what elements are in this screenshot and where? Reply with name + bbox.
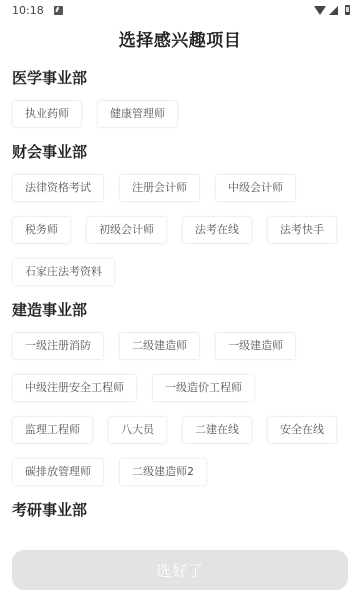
signal-icon [329, 6, 338, 15]
page-title: 选择感兴趣项目 [119, 26, 242, 51]
section: 考研事业部 [12, 499, 348, 521]
status-time: 10:18 [12, 4, 44, 17]
interest-chip[interactable]: 安全在线 [267, 416, 337, 444]
interest-chip[interactable]: 石家庄法考资料 [12, 258, 115, 286]
chip-group: 执业药师健康管理师 [12, 100, 348, 128]
notification-icon [54, 6, 63, 15]
interest-chip[interactable]: 八大员 [108, 416, 167, 444]
interest-chip[interactable]: 监理工程师 [12, 416, 93, 444]
interest-chip[interactable]: 执业药师 [12, 100, 82, 128]
interest-chip[interactable]: 税务师 [12, 216, 71, 244]
interest-chip[interactable]: 中级会计师 [215, 174, 296, 202]
interest-chip[interactable]: 一级造价工程师 [152, 374, 255, 402]
interest-chip[interactable]: 二级建造师2 [119, 458, 207, 486]
section-title: 财会事业部 [12, 141, 348, 163]
section: 财会事业部法律资格考试注册会计师中级会计师税务师初级会计师法考在线法考快手石家庄… [12, 141, 348, 286]
interest-chip[interactable]: 初级会计师 [86, 216, 167, 244]
interest-chip[interactable]: 中级注册安全工程师 [12, 374, 137, 402]
interest-chip[interactable]: 一级注册消防 [12, 332, 104, 360]
header: 选择感兴趣项目 [0, 23, 360, 53]
interest-chip[interactable]: 一级建造师 [215, 332, 296, 360]
chip-group: 法律资格考试注册会计师中级会计师税务师初级会计师法考在线法考快手石家庄法考资料 [12, 174, 348, 286]
interest-chip[interactable]: 注册会计师 [119, 174, 200, 202]
battery-icon [345, 5, 350, 15]
interest-chip[interactable]: 法考快手 [267, 216, 337, 244]
confirm-button[interactable]: 选好了 [12, 550, 348, 590]
interest-chip[interactable]: 二级建造师 [119, 332, 200, 360]
category-list: 医学事业部执业药师健康管理师财会事业部法律资格考试注册会计师中级会计师税务师初级… [0, 67, 360, 521]
confirm-button-label: 选好了 [156, 560, 204, 581]
interest-chip[interactable]: 碳排放管理师 [12, 458, 104, 486]
wifi-icon [314, 6, 326, 15]
interest-chip[interactable]: 二建在线 [182, 416, 252, 444]
section: 建造事业部一级注册消防二级建造师一级建造师中级注册安全工程师一级造价工程师监理工… [12, 299, 348, 486]
interest-chip[interactable]: 法考在线 [182, 216, 252, 244]
section-title: 建造事业部 [12, 299, 348, 321]
section-title: 考研事业部 [12, 499, 348, 521]
status-bar: 10:18 [0, 0, 360, 20]
interest-chip[interactable]: 健康管理师 [97, 100, 178, 128]
chip-group: 一级注册消防二级建造师一级建造师中级注册安全工程师一级造价工程师监理工程师八大员… [12, 332, 348, 486]
section-title: 医学事业部 [12, 67, 348, 89]
section: 医学事业部执业药师健康管理师 [12, 67, 348, 128]
interest-chip[interactable]: 法律资格考试 [12, 174, 104, 202]
